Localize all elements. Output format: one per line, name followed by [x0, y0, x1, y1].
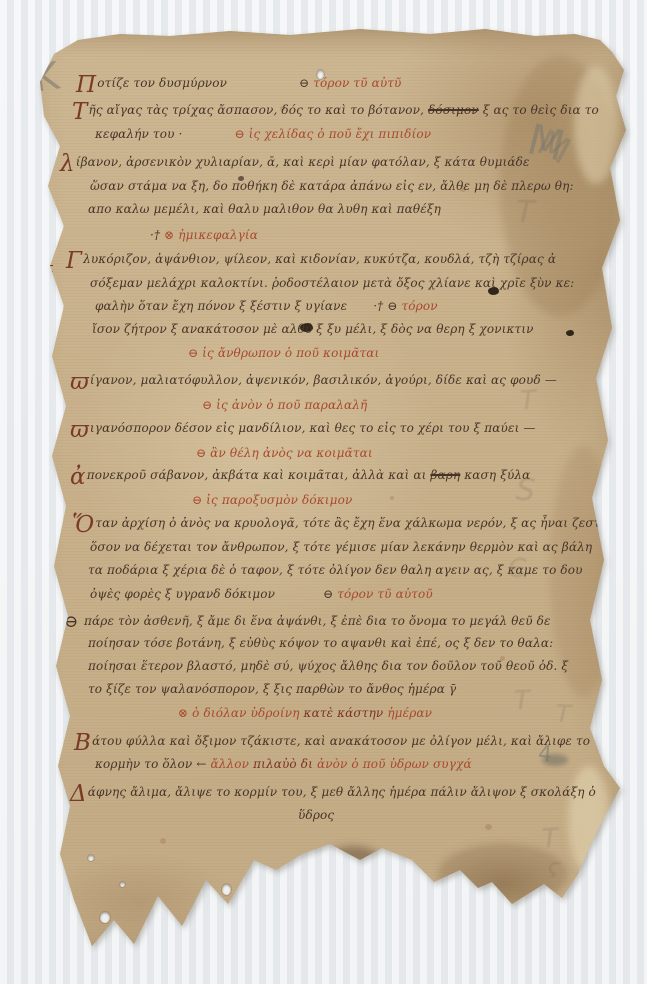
flap-light-bottom-right — [568, 766, 610, 874]
text-line: σόξεμαν μελάχρι καλοκτίνι. ῥοδοστέλαιον … — [90, 276, 574, 290]
hole — [88, 855, 94, 861]
pencil-mark: 4 — [537, 744, 553, 767]
text-line: κεφαλήν του ·⊖ ἰς χελίδας ὁ ποῦ ἔχι πιπι… — [95, 127, 431, 141]
foxing-spot — [390, 496, 394, 500]
rubric-heading: ⊖ ἂν θέλη ἀνὸς να κοιμᾶται — [196, 446, 373, 460]
ink-text: Β — [74, 730, 91, 756]
ink-text: το ξίζε τον ψαλανόσπορον, ξ ξις παρθὼν τ… — [88, 682, 456, 696]
text-line: απο καλω μεμέλι, καὶ θαλυ μαλιθον θα λυθ… — [88, 202, 441, 216]
ink-blot — [566, 330, 574, 336]
ink-text: απο καλω μεμέλι, καὶ θαλυ μαλιθον θα λυθ… — [88, 202, 441, 216]
hole — [120, 882, 125, 887]
margin-numeral: ριβ — [26, 375, 44, 389]
ink-text: ὥσαν στάμα να ξη, δο ποθήκη δὲ κατάρα ἀπ… — [90, 179, 574, 193]
rubric-text: ⊖ ἰς χελίδας ὁ ποῦ ἔχι πιπιδίον — [234, 127, 431, 141]
margin-numeral: ριγ — [24, 418, 42, 432]
bleedthrough-letter: T — [515, 198, 534, 229]
rubric-text: κατὲ κάστην — [304, 706, 384, 720]
margin-numeral: ριϛ — [26, 738, 44, 752]
rubric-text: ⊖ ἰς ἀνὸν ὁ ποῦ παραλαλῆ — [202, 398, 367, 412]
ink-text: ῆς αἴγας τὰς τρίχας ἄσπασον, δός το καὶ … — [89, 103, 429, 117]
rubric-text: ⊖ ἰς ἄνθρωπον ὁ ποῦ κοιμᾶται — [188, 346, 379, 360]
rubric-text: ἀνὸν ὁ ποῦ ὑδρων συγχά — [313, 757, 472, 771]
rubric-text: ⊖ ἰς παροξυσμὸν δόκιμον — [192, 493, 352, 507]
text-line: το ξίζε τον ψαλανόσπορον, ξ ξις παρθὼν τ… — [88, 682, 456, 696]
rubric-text: ἡμέραν — [383, 706, 432, 720]
ink-text: λυκόριζον, ἀψάνθιον, ψίλεον, καὶ κιδονία… — [83, 252, 556, 266]
bleedthrough-letter: S — [515, 475, 536, 506]
text-line: ϖίγανον, μαλιατόφυλλον, ἀψενικόν, βασιλι… — [70, 373, 557, 387]
ink-text: οτίζε τον δυσμύρνον — [97, 76, 227, 90]
margin-numeral: ιζ — [32, 784, 43, 798]
foxing-spot — [160, 838, 166, 844]
ink-text: ϖ — [70, 369, 89, 395]
bleedthrough-letter: ϛ — [547, 855, 561, 876]
text-line: Ποτίζε τον δυσμύρνον⊖ τόρον τῦ αὐτῦ — [76, 76, 402, 90]
rubric-text: ⊖ ἂν θέλη ἀνὸς να κοιμᾶται — [196, 446, 373, 460]
ink-text: πονεκροῦ σάβανον, ἀκβάτα καὶ κοιμᾶται, ἀ… — [87, 468, 431, 482]
rubric-text: τόρον τῦ αὐτοῦ — [337, 587, 433, 601]
rubric-heading: ⊖ ἰς ἀνὸν ὁ ποῦ παραλαλῆ — [202, 398, 367, 412]
flap-light-top-right — [574, 66, 618, 184]
text-line: ὅσον να δέχεται τον ἄνθρωπον, ξ τότε γέμ… — [90, 540, 592, 554]
text-line: ὀψὲς φορὲς ξ υγρανδ δόκιμον⊖ τόρον τῦ αὐ… — [90, 587, 433, 601]
parchment-leaf: ριαριβριγριδριεριϛιζ Ποτίζε τον δυσμύρνο… — [30, 26, 628, 948]
ink-text: ὀψὲς φορὲς ξ υγρανδ δόκιμον — [90, 587, 275, 601]
ink-text: Δ — [70, 781, 87, 807]
rubric-text: πιλαὐὸ δι — [253, 757, 313, 771]
text-line: Ὅταν ἀρχίση ὁ ἀνὸς να κρυολογᾶ, τότε ἂς … — [72, 516, 615, 530]
ink-text: Γ — [66, 248, 82, 274]
manuscript-photo: ριαριβριγριδριεριϛιζ Ποτίζε τον δυσμύρνο… — [30, 26, 628, 948]
margin-numeral: ρια — [34, 266, 53, 280]
ink-text: δόσιμον — [428, 103, 479, 117]
rubric-text: τόρον — [401, 299, 437, 313]
text-line: λίβανον, ἀρσενικὸν χυλιαρίαν, ᾱ, καὶ κερ… — [60, 155, 530, 169]
rubric-text: ἄλλον — [207, 757, 254, 771]
ink-text: ·† — [150, 228, 164, 242]
text-line: ἀπονεκροῦ σάβανον, ἀκβάτα καὶ κοιμᾶται, … — [70, 468, 530, 482]
hole — [100, 912, 110, 923]
text-line: ⊖ πάρε τὸν ἀσθενῆ, ξ ἄμε δι ἕνα ἀψάνθι, … — [64, 612, 551, 632]
text-line: Δάφνης ἄλιμα, ἄλιψε το κορμίν του, ξ μεθ… — [70, 785, 596, 799]
stain-bottom-dark — [322, 846, 384, 884]
ink-text: άφνης ἄλιμα, ἄλιψε το κορμίν του, ξ μεθ … — [88, 785, 596, 799]
ink-text: ἴσον ζήτρον ξ ανακάτοσον μὲ αλθύ ξ ξυ μέ… — [92, 322, 534, 336]
text-line: ὕδρος — [298, 808, 334, 822]
ink-text: ὅσον να δέχεται τον ἄνθρωπον, ξ τότε γέμ… — [90, 540, 592, 554]
text-line: ποίησαν τόσε βοτάνη, ξ εὐθὺς κόψον το αψ… — [88, 636, 553, 650]
ink-text: ·† ⊖ — [373, 299, 401, 313]
margin-numeral: ριε — [30, 512, 47, 526]
bleedthrough-letter: T — [541, 825, 559, 852]
hole — [222, 884, 231, 895]
rubric-text: Ὅ — [72, 512, 94, 538]
ink-text: άτου φύλλα καὶ ὄξιμον τζάκιστε, καὶ ανακ… — [92, 734, 590, 748]
bleedthrough-letter: T — [555, 702, 571, 727]
rubric-text: ⊗ ὁ διόλαν ὑδροίνη — [178, 706, 304, 720]
rubric-heading: ⊖ ἰς ἄνθρωπον ὁ ποῦ κοιμᾶται — [188, 346, 379, 360]
ink-text: ⊖ — [64, 612, 84, 632]
margin-numeral: ριδ — [24, 462, 42, 476]
text-line: ϖιγανόσπορον δέσον εἰς μανδίλιον, καὶ θε… — [70, 421, 536, 435]
ink-text: ⊖ — [299, 76, 313, 90]
text-line: Βάτου φύλλα καὶ ὄξιμον τζάκιστε, καὶ ανα… — [74, 734, 590, 748]
text-line: ⊗ ὁ διόλαν ὑδροίνη κατὲ κάστην ἡμέραν — [178, 706, 432, 720]
text-line: ἴσον ζήτρον ξ ανακάτοσον μὲ αλθύ ξ ξυ μέ… — [92, 322, 534, 336]
bleedthrough-letter: T — [519, 388, 536, 415]
rubric-text: τόρον τῦ αὐτῦ — [313, 76, 401, 90]
text-line: ὥσαν στάμα να ξη, δο ποθήκη δὲ κατάρα ἀπ… — [90, 179, 574, 193]
ink-text: λ — [60, 151, 75, 177]
ink-text: ⊖ — [323, 587, 337, 601]
pencil-mark: K — [31, 56, 61, 97]
ink-text: ποίησαν τόσε βοτάνη, ξ εὐθὺς κόψον το αψ… — [88, 636, 553, 650]
bleedthrough-letter: Є — [508, 556, 526, 582]
foxing-spot — [485, 824, 492, 830]
ink-text: ἀ — [70, 464, 86, 490]
ink-text: κορμὴν το ὅλον ← — [95, 757, 207, 771]
rubric-heading: ⊖ ἰς παροξυσμὸν δόκιμον — [192, 493, 352, 507]
ink-text: βαρη — [430, 468, 460, 482]
ink-text: Π — [76, 72, 96, 98]
ink-text: ίγανον, μαλιατόφυλλον, ἀψενικόν, βασιλικ… — [90, 373, 557, 387]
rubric-text: ⊗ ἡμικεφαλγία — [164, 228, 258, 242]
ink-text: φαλὴν ὅταν ἔχη πόνον ξ ξέστιν ξ υγίανε — [95, 299, 347, 313]
ink-text: κεφαλήν του · — [95, 127, 182, 141]
ink-text: Τ — [72, 99, 88, 125]
text-line: φαλὴν ὅταν ἔχη πόνον ξ ξέστιν ξ υγίανε·†… — [95, 299, 438, 313]
text-line: ·† ⊗ ἡμικεφαλγία — [150, 228, 258, 242]
ink-text: ταν ἀρχίση ὁ ἀνὸς να κρυολογᾶ, τότε ἂς ἔ… — [95, 516, 615, 530]
text-line: κορμὴν το ὅλον ← ἄλλον πιλαὐὸ δι ἀνὸν ὁ … — [95, 757, 472, 771]
ink-text: ποίησαι ἕτερον βλαστό, μηδὲ σύ, ψύχος ἄλ… — [88, 659, 568, 673]
text-line: ποίησαι ἕτερον βλαστό, μηδὲ σύ, ψύχος ἄλ… — [88, 659, 568, 673]
ink-text: ιγανόσπορον δέσον εἰς μανδίλιον, καὶ θες… — [90, 421, 536, 435]
ink-text: ϖ — [70, 417, 89, 443]
ink-text: ὕδρος — [298, 808, 334, 822]
ink-text: ίβανον, ἀρσενικὸν χυλιαρίαν, ᾱ, καὶ κερὶ… — [76, 155, 530, 169]
ink-text: πάρε τὸν ἀσθενῆ, ξ ἄμε δι ἕνα ἀψάνθι, ξ … — [84, 614, 551, 628]
text-line: Τῆς αἴγας τὰς τρίχας ἄσπασον, δός το καὶ… — [72, 103, 599, 117]
ink-text: σόξεμαν μελάχρι καλοκτίνι. ῥοδοστέλαιον … — [90, 276, 574, 290]
text-line: Γλυκόριζον, ἀψάνθιον, ψίλεον, καὶ κιδονί… — [66, 252, 556, 266]
bleedthrough-letter: T — [514, 688, 531, 715]
